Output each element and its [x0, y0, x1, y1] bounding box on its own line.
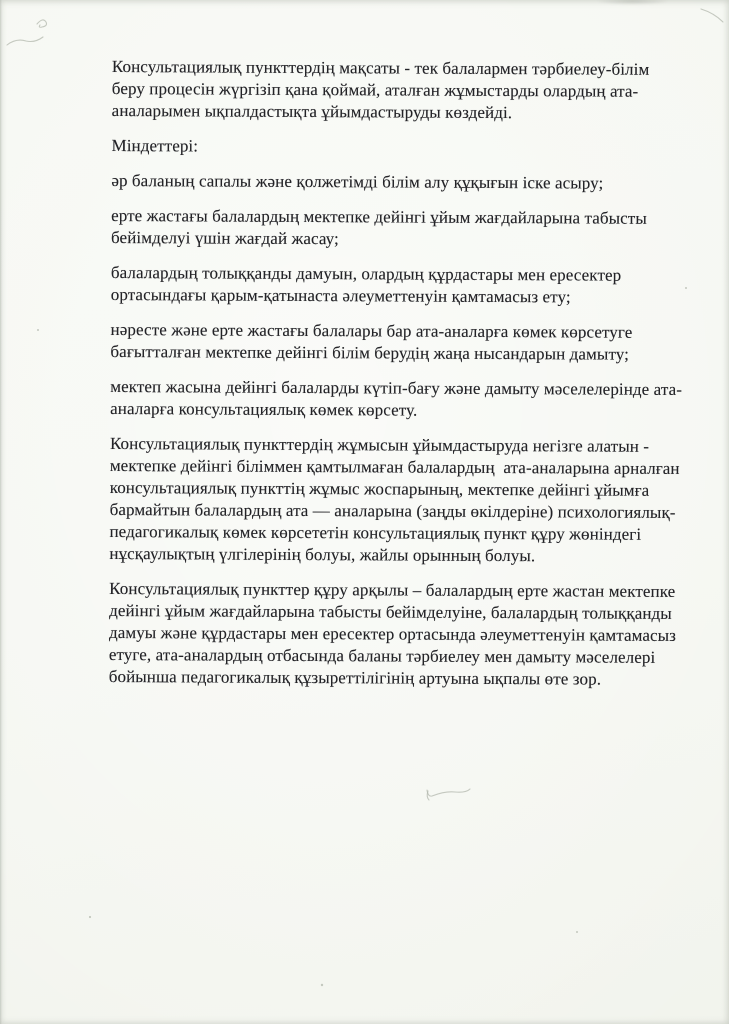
speck-icon [37, 329, 39, 331]
text-line: консультациялық пункттің жұмыс жоспарыны… [110, 477, 680, 502]
text-line: балалардың толыққанды дамуын, олардың құ… [111, 262, 681, 287]
text-line: дейінгі ұйым жағдайларына табысты бейімд… [109, 600, 679, 625]
text-line: бағытталған мектепке дейінгі білім беруд… [110, 341, 680, 366]
text-line: Міндеттері: [111, 135, 681, 160]
top-left-scribble-icon [37, 20, 47, 27]
text-line: ерте жастағы балалардың мектепке дейінгі… [111, 205, 681, 230]
mid-page-squiggle-tail-icon [427, 791, 429, 800]
text-line: ортасындағы қарым-қатынаста әлеуметтенуі… [111, 284, 681, 309]
text-line: бармайтын балалардың ата — аналарына (за… [110, 499, 680, 524]
text-line: нәресте және ерте жастағы балалары бар а… [111, 319, 681, 344]
text-line: бейімделуі үшін жағдай жасау; [111, 227, 681, 252]
document-text: Консультациялық пункттердің мақсаты - те… [109, 56, 682, 704]
speck-icon [321, 984, 323, 986]
top-left-wave-icon [7, 37, 43, 45]
paragraph: Консультациялық пункттердің мақсаты - те… [112, 56, 682, 125]
paragraph: Консультациялық пункттердің жұмысын ұйым… [109, 433, 680, 568]
text-line: дамуы және құрдастары мен ересектер орта… [109, 622, 679, 647]
speck-icon [89, 916, 91, 918]
text-line: әр баланың сапалы және қолжетімді білім … [111, 170, 681, 195]
mid-page-squiggle-icon [427, 789, 470, 796]
paragraph: ерте жастағы балалардың мектепке дейінгі… [111, 205, 681, 252]
text-line: беру процесін жүргізіп қана қоймай, атал… [112, 78, 682, 103]
scan-left-edge [0, 0, 2, 1024]
text-line: мектепке дейінгі біліммен қамтылмаған ба… [110, 455, 680, 480]
top-right-smudge-icon [701, 9, 723, 22]
text-line: етуге, ата-аналардың отбасында баланы тә… [109, 644, 679, 669]
scanned-page: Консультациялық пункттердің мақсаты - те… [0, 0, 729, 1024]
paragraph: әр баланың сапалы және қолжетімді білім … [111, 170, 681, 195]
paragraph: нәресте және ерте жастағы балалары бар а… [110, 319, 680, 366]
scan-top-smudge [595, 0, 670, 5]
speck-icon [685, 287, 687, 289]
text-line: бойынша педагогикалық құзыреттілігінің а… [109, 666, 679, 691]
speck-icon [576, 931, 578, 933]
text-line: нұсқаулықтың үлгілерінің болуы, жайлы ор… [109, 543, 679, 568]
text-line: Консультациялық пункттердің мақсаты - те… [112, 56, 682, 81]
text-line: педагогикалық көмек көрсететін консульта… [109, 521, 679, 546]
text-line: аналарымен ықпалдастықта ұйымдастыруды к… [112, 100, 682, 125]
text-line: Консультациялық пункттер құру арқылы – б… [109, 578, 679, 603]
paragraph: балалардың толыққанды дамуын, олардың құ… [111, 262, 681, 309]
paragraph: Консультациялық пункттер құру арқылы – б… [109, 578, 680, 691]
text-line: Консультациялық пункттердің жұмысын ұйым… [110, 433, 680, 458]
text-line: аналарға консультациялық көмек көрсету. [110, 398, 680, 423]
paragraph: Міндеттері: [111, 135, 681, 160]
text-line: мектеп жасына дейінгі балаларды күтіп-ба… [110, 376, 680, 401]
paragraph: мектеп жасына дейінгі балаларды күтіп-ба… [110, 376, 680, 423]
